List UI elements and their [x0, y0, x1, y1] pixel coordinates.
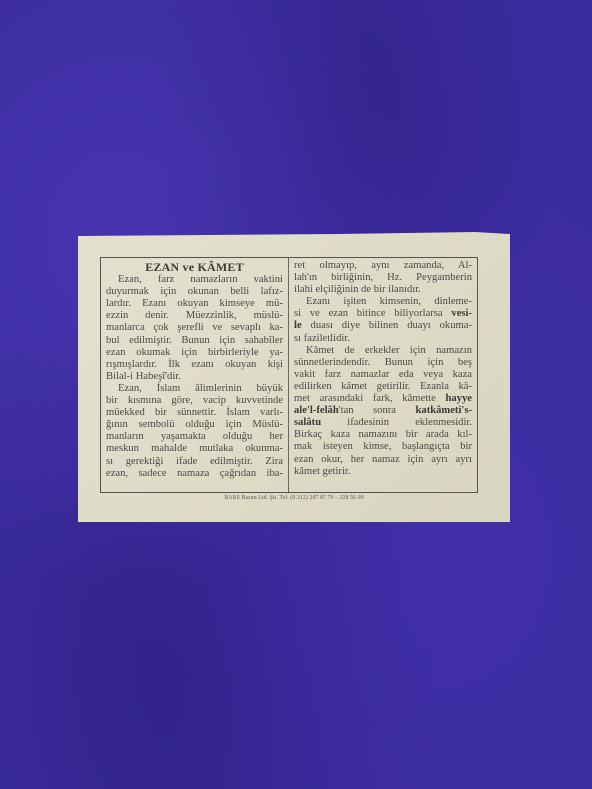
text-line: ğının sembolü olduğu için Müslü-: [106, 419, 283, 431]
text-line: sı gerektiği ifade edilmiştir. Zira: [106, 456, 283, 468]
text-line: meskun mahalde mutlaka okunma-: [106, 443, 283, 455]
text-line: edilirken kâmet getirilir. Ezanla kâ-: [294, 381, 472, 393]
text-line: müekked bir sünnettir. İslam varlı-: [106, 407, 283, 419]
text-line: Ezanı işiten kimsenin, dinleme-: [294, 296, 472, 308]
bold-term: salâtu: [294, 417, 321, 428]
article-box: EZAN ve KÂMET Ezan, farz namazların vakt…: [100, 257, 478, 493]
bold-term: katkâmeti's-: [416, 405, 473, 416]
text-span: si ve ezan bitince biliyorlarsa: [294, 308, 451, 319]
text-line: ezan okumak için birbirleriyle ya-: [106, 347, 283, 359]
text-span: duası diye bilinen duayı okuma-: [302, 320, 472, 331]
bold-term: le: [294, 320, 302, 331]
text-line: Ezan, İslam âlimlerinin büyük: [106, 383, 283, 395]
text-line: mak isteyen kimse, başlangıçta bir: [294, 441, 472, 453]
text-line: sünnetlerindendir. Bunun için beş: [294, 357, 472, 369]
text-line: ale'l-felâh'tan sonra katkâmeti's-: [294, 405, 472, 417]
text-line: Birkaç kaza namazını bir arada kıl-: [294, 429, 472, 441]
text-line: sı faziletlidir.: [294, 333, 472, 345]
text-span: met arasındaki fark, kâmette: [294, 393, 446, 404]
text-line: met arasındaki fark, kâmette hayye: [294, 393, 472, 405]
text-line: rışmışlardır. İlk ezanı okuyan kişi: [106, 359, 283, 371]
text-line: bul edilmiştir. Bunun için sahabîler: [106, 335, 283, 347]
text-line: lah'ın birliğinin, Hz. Peygamberin: [294, 272, 472, 284]
bold-term: hayye: [446, 393, 472, 404]
text-span: ifadesinin eklenmesidir.: [321, 417, 472, 428]
printer-footer: BARS Basım Ltd. Şti. Tel: (0.312) 287 87…: [78, 495, 510, 501]
text-line: ezan, sadece namaza çağrıdan iba-: [106, 468, 283, 480]
bold-term: ale'l-felâh: [294, 405, 339, 416]
left-column: EZAN ve KÂMET Ezan, farz namazların vakt…: [101, 258, 289, 492]
text-line: ezzin denir. Müezzinlik, müslü-: [106, 310, 283, 322]
text-line: ilahi elçiliğinin de bir ilanıdır.: [294, 284, 472, 296]
text-line: vakit farz namazlar eda veya kaza: [294, 369, 472, 381]
text-line: Bilal-i Habeşî'dir.: [106, 371, 283, 383]
right-column: ret olmayıp, aynı zamanda, Al- lah'ın bi…: [289, 258, 477, 492]
text-line: bir kısmına göre, vacip kuvvetinde: [106, 395, 283, 407]
text-span: 'tan sonra: [339, 405, 416, 416]
article-title: EZAN ve KÂMET: [106, 261, 283, 273]
text-line: le duası diye bilinen duayı okuma-: [294, 320, 472, 332]
text-line: manlarca çok şerefli ve sevaplı ka-: [106, 322, 283, 334]
bold-term: vesi-: [451, 308, 472, 319]
text-line: Ezan, farz namazların vaktini: [106, 274, 283, 286]
text-line: lardır. Ezanı okuyan kimseye mü-: [106, 298, 283, 310]
text-line: ret olmayıp, aynı zamanda, Al-: [294, 260, 472, 272]
text-line: duyurmak için okunan belli lafız-: [106, 286, 283, 298]
newspaper-clipping: EZAN ve KÂMET Ezan, farz namazların vakt…: [78, 232, 510, 522]
text-line: manların yaşamakta olduğu her: [106, 431, 283, 443]
text-line: si ve ezan bitince biliyorlarsa vesi-: [294, 308, 472, 320]
text-line: Kâmet de erkekler için namazın: [294, 345, 472, 357]
text-line: ezan okur, her namaz için ayrı ayrı: [294, 454, 472, 466]
text-line: kâmet getirir.: [294, 466, 472, 478]
text-line: salâtu ifadesinin eklenmesidir.: [294, 417, 472, 429]
